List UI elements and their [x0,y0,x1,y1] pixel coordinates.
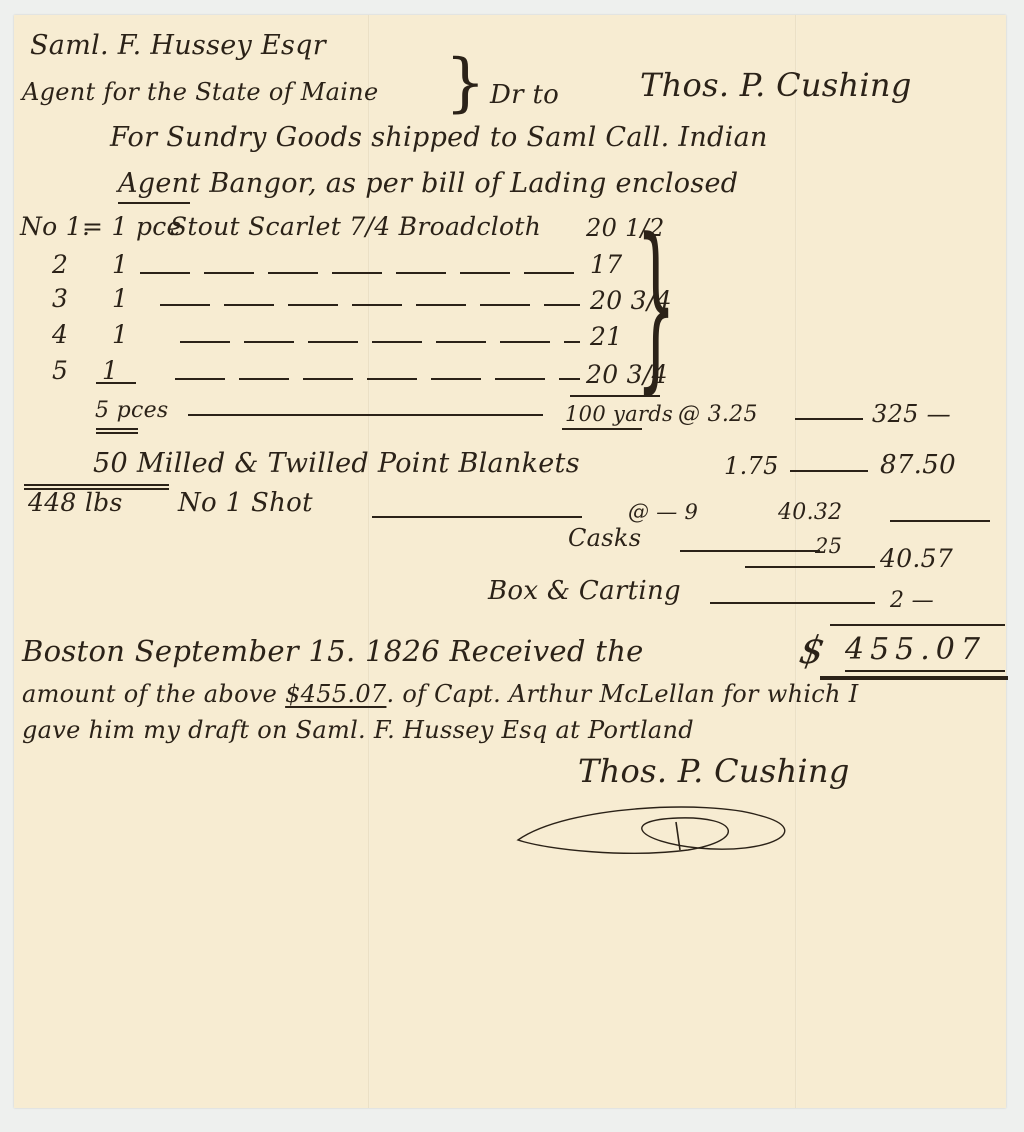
addressee-name: Saml. F. Hussey Esqr [30,30,326,61]
item-yards: 17 [590,250,622,279]
item-quantity: = 1 pce [82,212,182,241]
shot-rate: @ — 9 [628,500,698,524]
shot-total: 40.57 [880,544,953,573]
underline [562,428,642,430]
blankets-amount: 87.50 [880,450,956,480]
leader-line [890,520,990,522]
item-number: 3 [52,284,68,313]
shot-subtotal: 40.32 [778,500,842,525]
item-number: 2 [52,250,68,279]
leader-line [745,566,875,568]
receipt-text-part: amount of the above [22,680,285,708]
item-quantity: 1 [112,250,128,279]
broadcloth-amount: 325 — [872,400,951,428]
brace-glyph: } [445,46,486,120]
leader-line [710,602,875,604]
total-yards: 100 yards [565,402,673,426]
underline [96,428,138,430]
description-line-2: Agent Bangor, as per bill of Lading encl… [118,168,738,199]
ditto-line [140,272,580,274]
item-yards: 21 [590,322,622,351]
underline [96,382,136,384]
blankets-rate: 1.75 [724,452,779,480]
receipt-amount: $455.07 [285,680,386,708]
addressee-title: Agent for the State of Maine [22,78,378,106]
item-number: No 1. [20,212,90,241]
debtor-to: Dr to [490,80,559,110]
receipt-text-part: . of Capt. Arthur McLellan for which I [386,680,858,708]
ditto-line [175,378,580,380]
leader-line [372,516,582,518]
leader-line [680,550,820,552]
ditto-line [180,341,580,343]
leader-line [795,418,863,420]
receipt-line-2: amount of the above $455.07. of Capt. Ar… [22,680,859,708]
shot-description: No 1 Shot [178,488,313,518]
casks-amount: 25 [815,534,842,558]
underline [570,395,660,397]
leader-line [790,470,868,472]
creditor-name: Thos. P. Cushing [640,66,912,104]
receipt-line-1: Boston September 15. 1826 Received the [22,634,644,668]
rule [830,624,1005,626]
total-amount: 455.07 [845,632,986,667]
item-quantity: 1 [112,320,128,349]
receipt-line-3: gave him my draft on Saml. F. Hussey Esq… [22,716,694,744]
item-number: 4 [52,320,68,349]
underline [845,670,1005,672]
casks-label: Casks [568,524,641,552]
description-line-1: For Sundry Goods shipped to Saml Call. I… [110,122,768,153]
leader-line [188,414,543,416]
underline [118,202,190,204]
shot-quantity: 448 lbs [28,488,123,517]
underline [96,432,138,434]
box-amount: 2 — [890,588,934,613]
signature-flourish [508,800,828,860]
ditto-line [160,304,580,306]
box-label: Box & Carting [488,576,681,606]
broadcloth-rate: @ 3.25 [678,402,758,427]
yards-brace: } [636,216,676,396]
blankets-description: 50 Milled & Twilled Point Blankets [93,448,580,479]
underline [24,484,169,486]
item-number: 5 [52,356,68,385]
fold-crease [795,15,797,1108]
total-pieces: 5 pces [95,398,169,423]
item-description: Stout Scarlet 7/4 Broadcloth [170,212,541,241]
item-quantity: 1 [102,356,118,385]
item-quantity: 1 [112,284,128,313]
signature: Thos. P. Cushing [578,752,850,790]
